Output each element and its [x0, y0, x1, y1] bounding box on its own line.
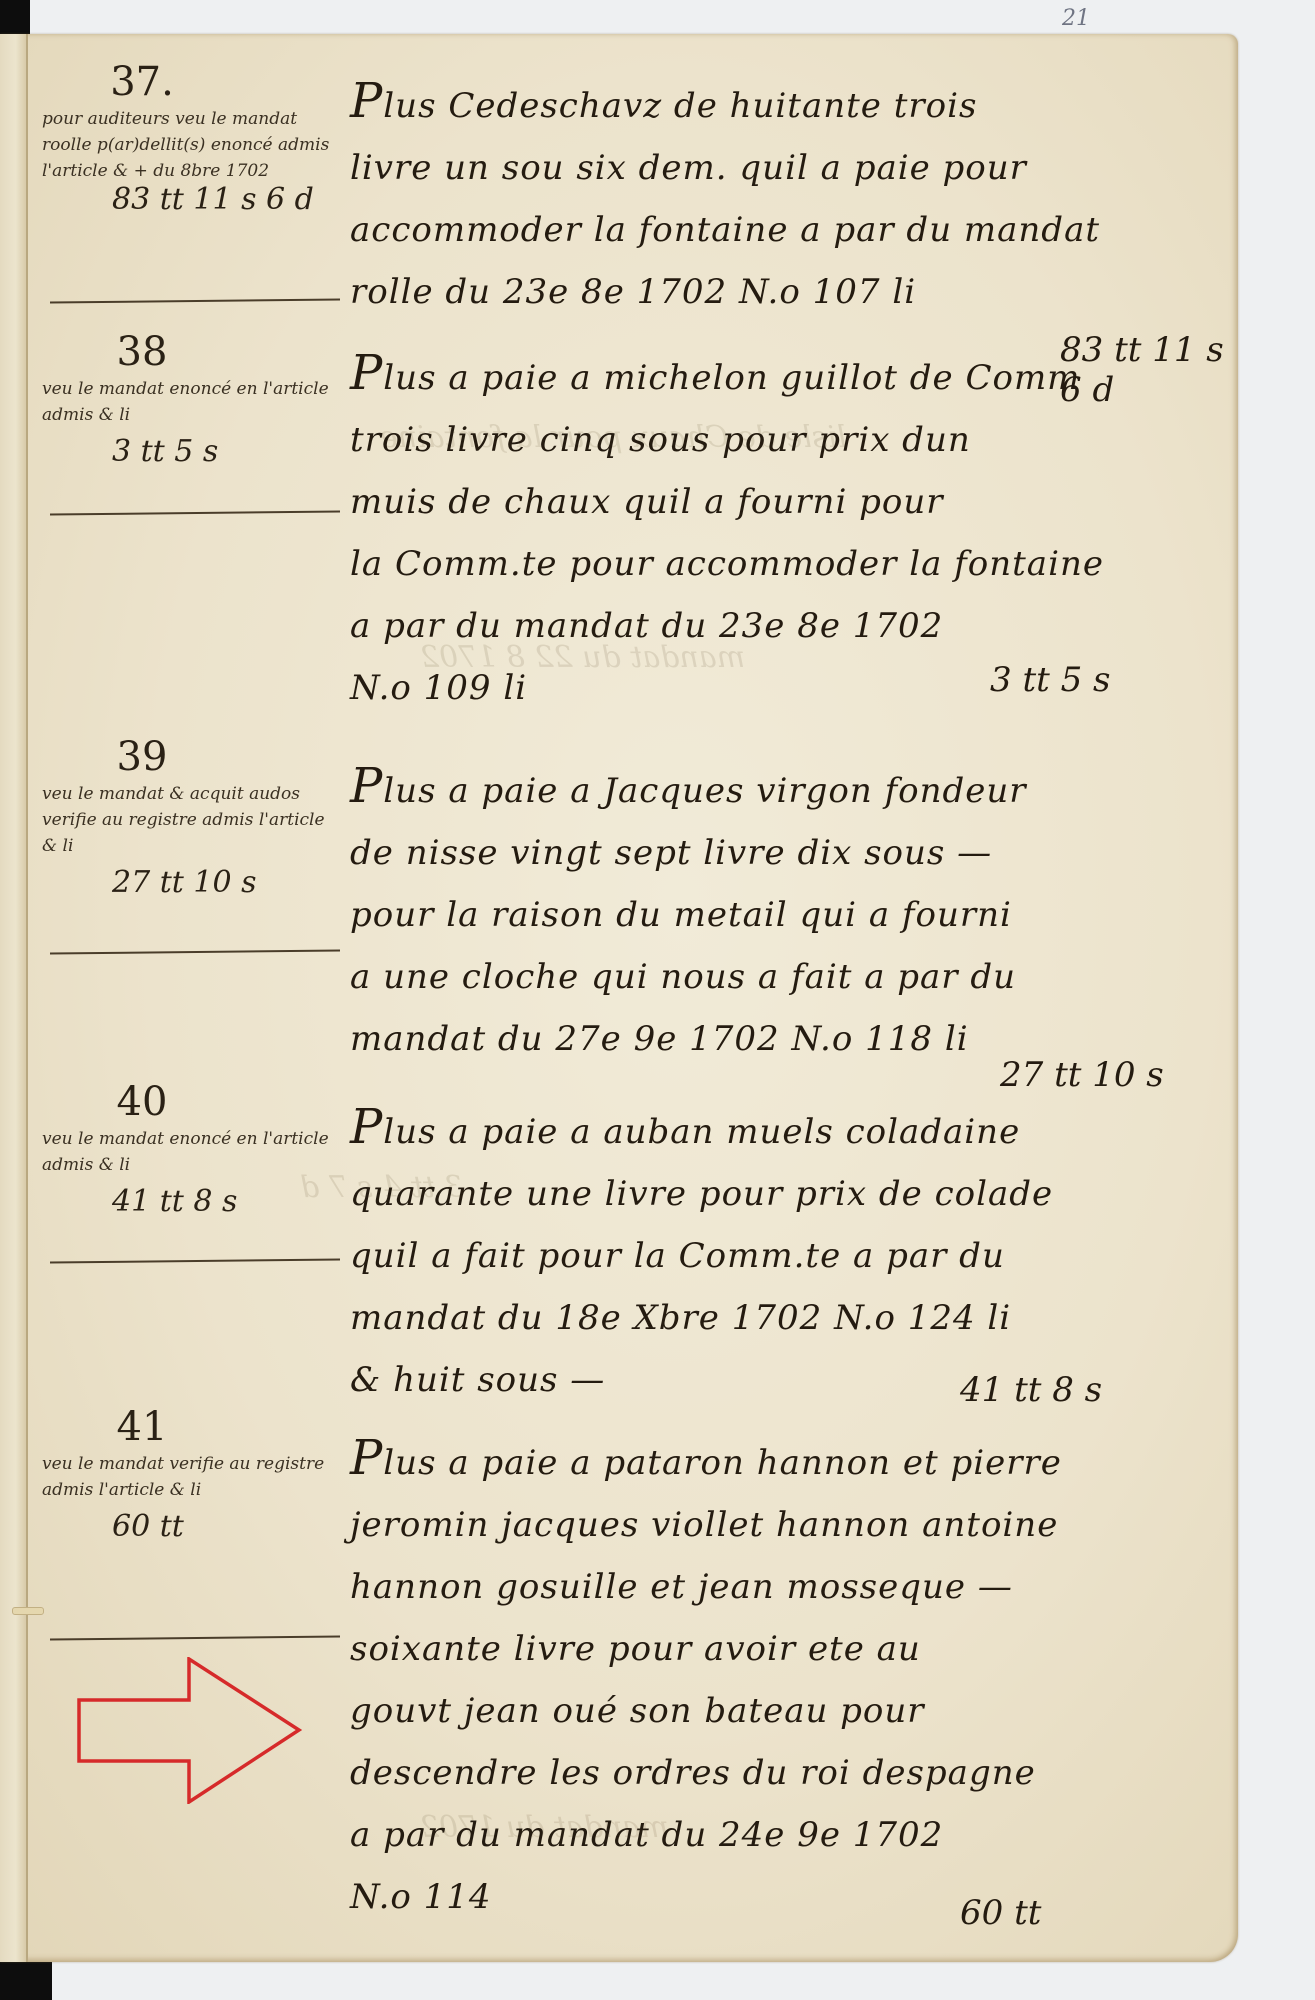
body-line: de nisse vingt sept livre dix sous — [350, 822, 1210, 884]
entry-amount: 3 tt 5 s [990, 660, 1110, 700]
margin-amount: 27 tt 10 s [42, 865, 342, 901]
margin-amount: 60 tt [42, 1509, 342, 1545]
body-line: accommoder la fontaine a par du mandat [350, 199, 1210, 261]
body-line: trois livre cinq sous pour prix dun [350, 409, 1210, 471]
margin-note: veu le mandat enoncé en l'article admis … [42, 376, 342, 428]
body-line: gouvt jean oué son bateau pour [350, 1680, 1210, 1742]
entry-number: 38 [42, 330, 242, 374]
margin-amount: 3 tt 5 s [42, 434, 342, 470]
body-line: quarante une livre pour prix de colade [350, 1163, 1210, 1225]
body-line: la Comm.te pour accommoder la fontaine [350, 533, 1210, 595]
body-line: mandat du 18e Xbre 1702 N.o 124 li [350, 1287, 1210, 1349]
folio-number: 21 [1062, 6, 1090, 31]
body-line: quil a fait pour la Comm.te a par du [350, 1225, 1210, 1287]
entry-body: Plus a paie a auban muels coladaine quar… [350, 1096, 1210, 1411]
binding-thread [12, 1607, 44, 1615]
margin-amount: 83 tt 11 s 6 d [42, 182, 342, 218]
body-line: rolle du 23e 8e 1702 N.o 107 li [350, 261, 1210, 323]
body-line: muis de chaux quil a fourni pour [350, 471, 1210, 533]
margin-column: 39 veu le mandat & acquit audos verifie … [42, 735, 342, 901]
red-arrow-annotation-icon [77, 1657, 302, 1804]
binding-strip-bottom [0, 1962, 52, 2000]
page-gutter [0, 34, 26, 1962]
margin-note: pour auditeurs veu le mandat roolle p(ar… [42, 106, 342, 184]
margin-note: veu le mandat verifie au registre admis … [42, 1451, 342, 1503]
entry-number: 40 [42, 1080, 242, 1124]
entry-body: Plus a paie a Jacques virgon fondeur de … [350, 755, 1210, 1070]
body-line: a par du mandat du 23e 8e 1702 [350, 595, 1210, 657]
body-line: Plus a paie a auban muels coladaine [350, 1096, 1210, 1163]
body-line: pour la raison du metail qui a fourni [350, 884, 1210, 946]
entry-number: 39 [42, 735, 242, 779]
entry-number: 41 [42, 1405, 242, 1449]
entry-body: Plus a paie a pataron hannon et pierre j… [350, 1427, 1210, 1928]
entry-amount: 60 tt [960, 1893, 1041, 1933]
body-line: hannon gosuille et jean mosseque — [350, 1556, 1210, 1618]
margin-column: 40 veu le mandat enoncé en l'article adm… [42, 1080, 342, 1220]
body-line: soixante livre pour avoir ete au [350, 1618, 1210, 1680]
body-line: N.o 114 [350, 1866, 1210, 1928]
margin-note: veu le mandat & acquit audos verifie au … [42, 781, 342, 859]
entry-amount: 27 tt 10 s [1000, 1055, 1164, 1095]
margin-column: 37. pour auditeurs veu le mandat roolle … [42, 60, 342, 218]
entry-amount: 41 tt 8 s [960, 1370, 1102, 1410]
binding-strip-top [0, 0, 30, 38]
body-line: Plus a paie a pataron hannon et pierre [350, 1427, 1210, 1494]
margin-amount: 41 tt 8 s [42, 1184, 342, 1220]
body-line: Plus Cedeschavz de huitante trois [350, 70, 1210, 137]
body-line: Plus a paie a michelon guillot de Comm [350, 342, 1210, 409]
body-line: livre un sou six dem. quil a paie pour [350, 137, 1210, 199]
body-line: Plus a paie a Jacques virgon fondeur [350, 755, 1210, 822]
body-line: a une cloche qui nous a fait a par du [350, 946, 1210, 1008]
entry-number: 37. [42, 60, 242, 104]
fold-line [26, 34, 28, 1962]
margin-note: veu le mandat enoncé en l'article admis … [42, 1126, 342, 1178]
margin-column: 41 veu le mandat verifie au registre adm… [42, 1405, 342, 1545]
body-line: descendre les ordres du roi despagne [350, 1742, 1210, 1804]
body-line: jeromin jacques viollet hannon antoine [350, 1494, 1210, 1556]
body-line: a par du mandat du 24e 9e 1702 [350, 1804, 1210, 1866]
margin-column: 38 veu le mandat enoncé en l'article adm… [42, 330, 342, 470]
entry-body: Plus Cedeschavz de huitante trois livre … [350, 70, 1210, 323]
